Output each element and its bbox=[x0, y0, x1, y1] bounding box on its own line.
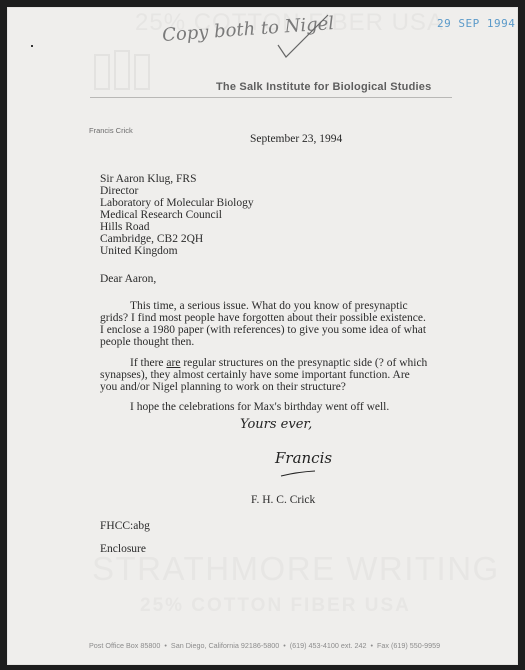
signature-flourish bbox=[279, 470, 317, 478]
recipient-address: Sir Aaron Klug, FRS Director Laboratory … bbox=[100, 173, 254, 257]
underlined-word: are bbox=[166, 357, 180, 369]
paragraph-line: If there are regular structures on the p… bbox=[100, 357, 470, 369]
footer-address: Post Office Box 85800 bbox=[89, 641, 160, 650]
paragraph-line: synapses), they almost certainly have so… bbox=[100, 369, 470, 381]
handwritten-signature: Francis bbox=[275, 449, 332, 467]
paragraph-2: If there are regular structures on the p… bbox=[100, 357, 470, 393]
paragraph-line: I hope the celebrations for Max's birthd… bbox=[100, 401, 470, 413]
paragraph-line: you and/or Nigel planning to work on the… bbox=[100, 381, 470, 393]
paragraph-line: I enclose a 1980 paper (with references)… bbox=[100, 324, 470, 336]
paper-speck bbox=[31, 45, 33, 47]
letterhead-rule bbox=[90, 97, 452, 98]
paragraph-line: This time, a serious issue. What do you … bbox=[100, 300, 470, 312]
paragraph-3: I hope the celebrations for Max's birthd… bbox=[100, 401, 470, 413]
letterhead-institution: The Salk Institute for Biological Studie… bbox=[216, 81, 431, 93]
address-line: United Kingdom bbox=[100, 245, 254, 257]
text-run: regular structures on the presynaptic si… bbox=[180, 357, 427, 369]
checkmark-icon bbox=[272, 13, 332, 63]
salutation: Dear Aaron, bbox=[100, 273, 156, 285]
institute-logo-watermark bbox=[93, 49, 163, 91]
received-date-stamp: 29 SEP 1994 bbox=[437, 17, 515, 30]
watermark-sub: 25% COTTON FIBER USA bbox=[140, 595, 411, 617]
address-line: Director bbox=[100, 185, 254, 197]
watermark-main: STRATHMORE WRITING bbox=[92, 550, 500, 588]
handwritten-closing: Yours ever, bbox=[240, 417, 312, 432]
bullet-separator: • bbox=[160, 641, 171, 650]
letter-date: September 23, 1994 bbox=[250, 133, 342, 145]
footer-phone: (619) 453-4100 ext. 242 bbox=[290, 641, 367, 650]
bullet-separator: • bbox=[366, 641, 377, 650]
text-run: If there bbox=[130, 357, 166, 369]
paragraph-1: This time, a serious issue. What do you … bbox=[100, 300, 470, 348]
footer-fax: Fax (619) 550-9959 bbox=[377, 641, 440, 650]
paragraph-line: grids? I find most people have forgotten… bbox=[100, 312, 470, 324]
reference-initials: FHCC:abg bbox=[100, 520, 150, 532]
address-line: Laboratory of Molecular Biology bbox=[100, 197, 254, 209]
address-line: Cambridge, CB2 2QH bbox=[100, 233, 254, 245]
footer-city: San Diego, California 92186-5800 bbox=[171, 641, 279, 650]
letterhead-sender: Francis Crick bbox=[89, 126, 133, 135]
address-line: Medical Research Council bbox=[100, 209, 254, 221]
letter-page: 25% COTTON FIBER USA Copy both to Nigel … bbox=[7, 7, 518, 665]
bullet-separator: • bbox=[279, 641, 290, 650]
letterhead-footer: Post Office Box 85800•San Diego, Califor… bbox=[89, 641, 440, 650]
address-line: Hills Road bbox=[100, 221, 254, 233]
paragraph-line: people thought then. bbox=[100, 336, 470, 348]
typed-signature-name: F. H. C. Crick bbox=[251, 494, 315, 506]
address-line: Sir Aaron Klug, FRS bbox=[100, 173, 254, 185]
